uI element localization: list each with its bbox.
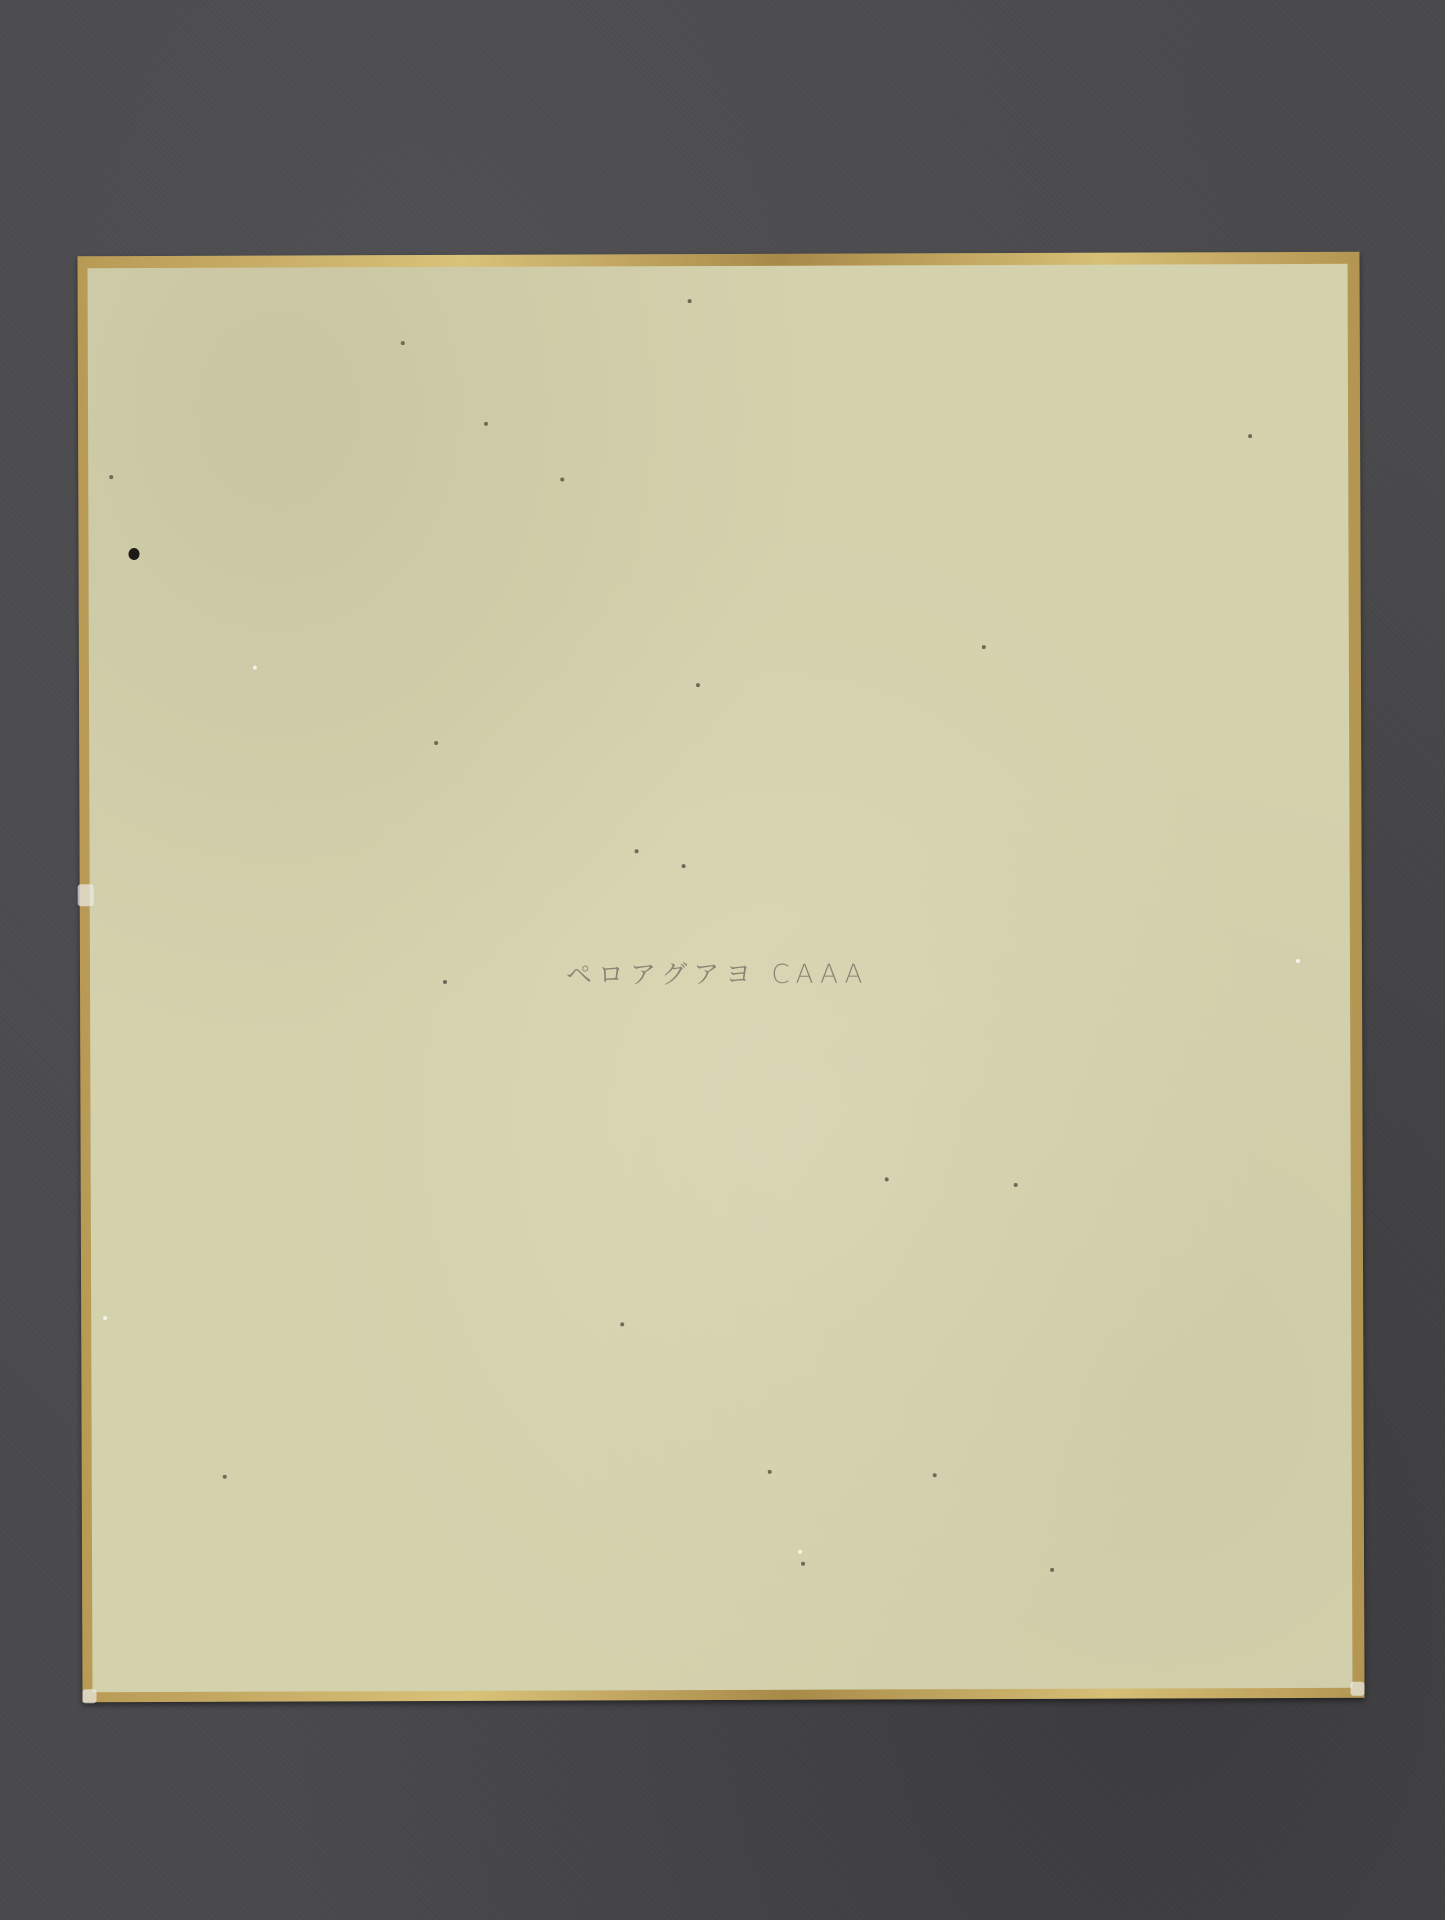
speck xyxy=(801,1562,805,1566)
speck-light xyxy=(1296,959,1300,963)
speck xyxy=(401,341,405,345)
speck xyxy=(885,1177,889,1181)
corner-wear-mark xyxy=(1350,1682,1364,1696)
corner-wear-mark xyxy=(82,1689,96,1703)
speck xyxy=(982,645,986,649)
speck-light xyxy=(253,666,257,670)
board-paper-surface: ペロアグアヨ CAAA xyxy=(88,264,1353,1692)
speck xyxy=(768,1470,772,1474)
speck xyxy=(484,422,488,426)
speck xyxy=(696,683,700,687)
speck xyxy=(1014,1183,1018,1187)
shikishi-board: ペロアグアヨ CAAA xyxy=(77,252,1364,1702)
speck xyxy=(560,478,564,482)
pin-hole xyxy=(128,548,139,560)
speck-light xyxy=(798,1550,802,1554)
speck xyxy=(1050,1568,1054,1572)
edge-wear-mark xyxy=(78,884,94,906)
pencil-inscription: ペロアグアヨ CAAA xyxy=(566,953,869,991)
speck xyxy=(1248,434,1252,438)
speck xyxy=(635,849,639,853)
speck xyxy=(109,475,113,479)
speck xyxy=(443,980,447,984)
speck-light xyxy=(103,1316,107,1320)
speck xyxy=(223,1475,227,1479)
speck xyxy=(434,741,438,745)
speck xyxy=(688,299,692,303)
speck xyxy=(933,1473,937,1477)
speck xyxy=(620,1322,624,1326)
speck xyxy=(682,864,686,868)
